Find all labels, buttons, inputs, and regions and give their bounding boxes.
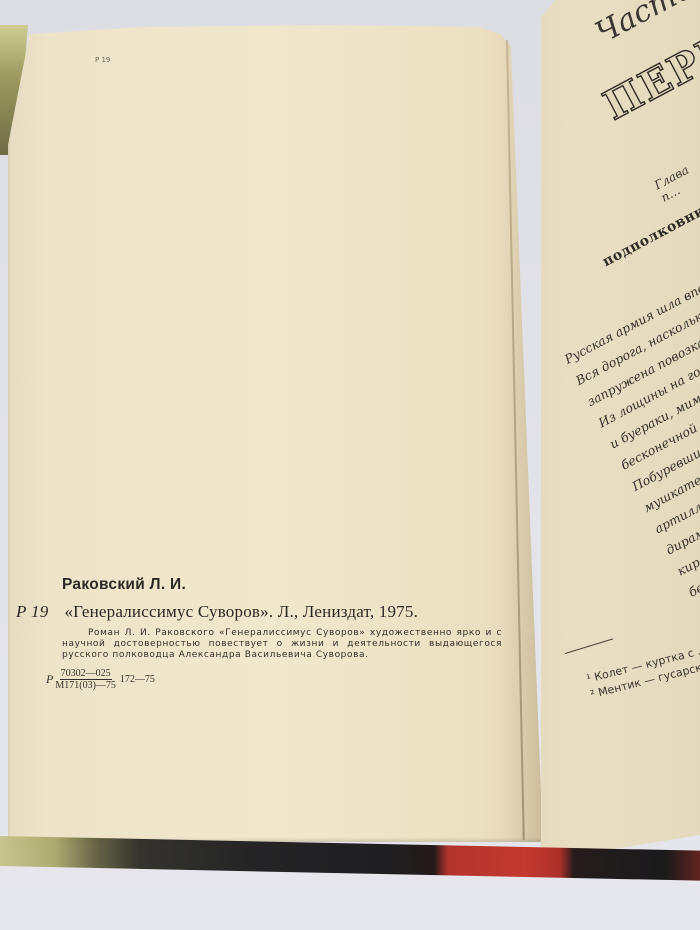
chapter-title: подполковни… (600, 196, 700, 270)
chapter-label: Глава п… (652, 157, 700, 204)
footnotes: ¹ Колет — куртка с … ² Ментик — гусарска… (585, 640, 700, 703)
right-page-content: Часть ПЕРВАЯ Глава п… подполковни… Русск… (0, 0, 700, 930)
chapter-body-text: Русская армия шла впер… Вся дорога, наск… (560, 242, 700, 689)
footnote-divider (565, 638, 613, 654)
